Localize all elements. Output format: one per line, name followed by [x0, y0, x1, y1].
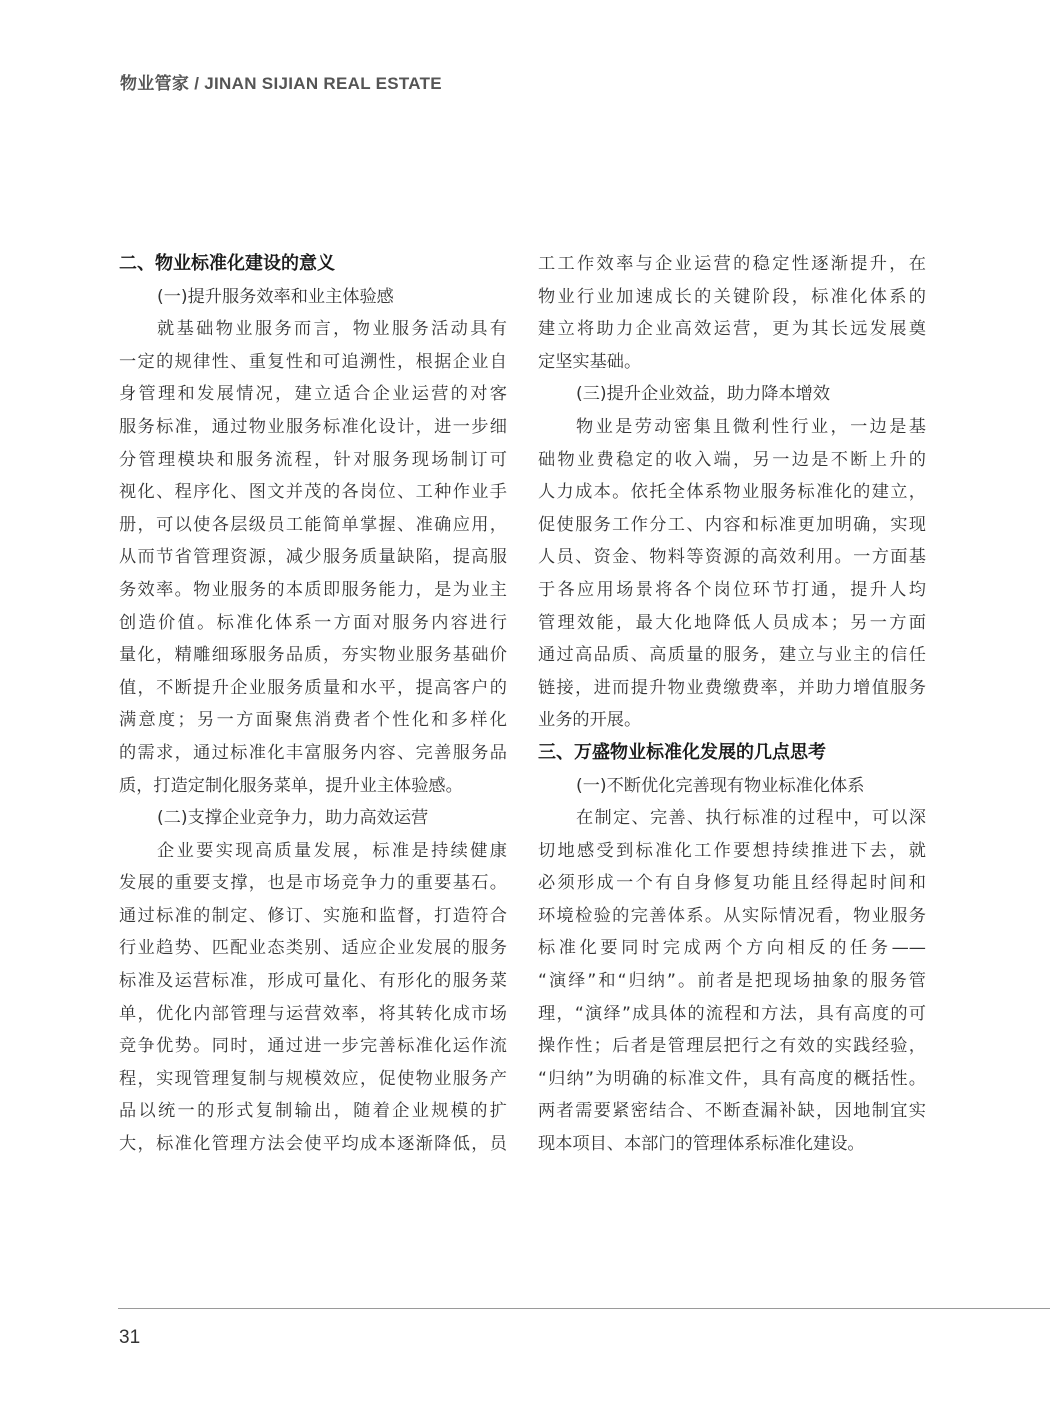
paragraph-last-line: 业务的开展。: [538, 704, 926, 737]
paragraph-line: 标准及运营标准，形成可量化、有形化的服务菜: [119, 965, 507, 998]
paragraph-line: 物业行业加速成长的关键阶段，标准化体系的: [538, 281, 926, 314]
paragraph-line: 视化、程序化、图文并茂的各岗位、工种作业手: [119, 476, 507, 509]
page-number: 31: [119, 1327, 140, 1349]
paragraph-line: 人员、资金、物料等资源的高效利用。一方面基: [538, 541, 926, 574]
section-heading: 三、万盛物业标准化发展的几点思考: [538, 737, 926, 770]
paragraph-line: 一定的规律性、重复性和可追溯性，根据企业自: [119, 346, 507, 379]
paragraph-line: 促使服务工作分工、内容和标准更加明确，实现: [538, 509, 926, 542]
paragraph-line: 从而节省管理资源，减少服务质量缺陷，提高服: [119, 541, 507, 574]
paragraph-line: 身管理和发展情况，建立适合企业运营的对客: [119, 378, 507, 411]
paragraph-line: “归纳”为明确的标准文件，具有高度的概括性。: [538, 1063, 926, 1096]
paragraph-line: 满意度；另一方面聚焦消费者个性化和多样化: [119, 704, 507, 737]
paragraph-line: 值，不断提升企业服务质量和水平，提高客户的: [119, 672, 507, 705]
paragraph-line: 础物业费稳定的收入端，另一边是不断上升的: [538, 444, 926, 477]
paragraph-first-line: 企业要实现高质量发展，标准是持续健康: [119, 835, 507, 868]
paragraph-line: 通过高品质、高质量的服务，建立与业主的信任: [538, 639, 926, 672]
paragraph-line: 程，实现管理复制与规模效应，促使物业服务产: [119, 1063, 507, 1096]
paragraph-line: 竞争优势。同时，通过进一步完善标准化运作流: [119, 1030, 507, 1063]
paragraph-line: 于各应用场景将各个岗位环节打通，提升人均: [538, 574, 926, 607]
paragraph-last-line: 现本项目、本部门的管理体系标准化建设。: [538, 1128, 926, 1161]
paragraph-line: 通过标准的制定、修订、实施和监督，打造符合: [119, 900, 507, 933]
paragraph-line: 管理效能，最大化地降低人员成本；另一方面: [538, 607, 926, 640]
paragraph-line: 必须形成一个有自身修复功能且经得起时间和: [538, 867, 926, 900]
footer-divider: [118, 1308, 1050, 1309]
paragraph-line: 理，“演绎”成具体的流程和方法，具有高度的可: [538, 998, 926, 1031]
paragraph-line: “演绎”和“归纳”。前者是把现场抽象的服务管: [538, 965, 926, 998]
paragraph-line: 发展的重要支撑，也是市场竞争力的重要基石。: [119, 867, 507, 900]
paragraph-line: 切地感受到标准化工作要想持续推进下去，就: [538, 835, 926, 868]
paragraph-line: 操作性；后者是管理层把行之有效的实践经验，: [538, 1030, 926, 1063]
paragraph-line: 环境检验的完善体系。从实际情况看，物业服务: [538, 900, 926, 933]
subsection-heading: (一)不断优化完善现有物业标准化体系: [538, 770, 926, 803]
right-column: 工工作效率与企业运营的稳定性逐渐提升，在物业行业加速成长的关键阶段，标准化体系的…: [538, 248, 926, 1161]
left-column: 二、物业标准化建设的意义(一)提升服务效率和业主体验感就基础物业服务而言，物业服…: [119, 248, 507, 1161]
paragraph-line: 创造价值。标准化体系一方面对服务内容进行: [119, 607, 507, 640]
paragraph-line: 工工作效率与企业运营的稳定性逐渐提升，在: [538, 248, 926, 281]
paragraph-line: 行业趋势、匹配业态类别、适应企业发展的服务: [119, 932, 507, 965]
paragraph-first-line: 物业是劳动密集且微利性行业，一边是基: [538, 411, 926, 444]
paragraph-first-line: 就基础物业服务而言，物业服务活动具有: [119, 313, 507, 346]
paragraph-line: 大，标准化管理方法会使平均成本逐渐降低，员: [119, 1128, 507, 1161]
paragraph-line: 务效率。物业服务的本质即服务能力，是为业主: [119, 574, 507, 607]
running-header: 物业管家 / JINAN SIJIAN REAL ESTATE: [120, 69, 442, 94]
section-heading: 二、物业标准化建设的意义: [119, 248, 507, 281]
paragraph-first-line: 在制定、完善、执行标准的过程中，可以深: [538, 802, 926, 835]
paragraph-line: 分管理模块和服务流程，针对服务现场制订可: [119, 444, 507, 477]
paragraph-line: 品以统一的形式复制输出，随着企业规模的扩: [119, 1095, 507, 1128]
subsection-heading: (三)提升企业效益，助力降本增效: [538, 378, 926, 411]
paragraph-line: 两者需要紧密结合、不断查漏补缺，因地制宜实: [538, 1095, 926, 1128]
paragraph-last-line: 质，打造定制化服务菜单，提升业主体验感。: [119, 770, 507, 803]
paragraph-line: 建立将助力企业高效运营，更为其长远发展奠: [538, 313, 926, 346]
subsection-heading: (二)支撑企业竞争力，助力高效运营: [119, 802, 507, 835]
paragraph-line: 标准化要同时完成两个方向相反的任务——: [538, 932, 926, 965]
paragraph-line: 单，优化内部管理与运营效率，将其转化成市场: [119, 998, 507, 1031]
paragraph-line: 册，可以使各层级员工能简单掌握、准确应用，: [119, 509, 507, 542]
paragraph-last-line: 定坚实基础。: [538, 346, 926, 379]
subsection-heading: (一)提升服务效率和业主体验感: [119, 281, 507, 314]
paragraph-line: 量化，精雕细琢服务品质，夯实物业服务基础价: [119, 639, 507, 672]
paragraph-line: 链接，进而提升物业费缴费率，并助力增值服务: [538, 672, 926, 705]
paragraph-line: 人力成本。依托全体系物业服务标准化的建立，: [538, 476, 926, 509]
paragraph-line: 的需求，通过标准化丰富服务内容、完善服务品: [119, 737, 507, 770]
paragraph-line: 服务标准，通过物业服务标准化设计，进一步细: [119, 411, 507, 444]
